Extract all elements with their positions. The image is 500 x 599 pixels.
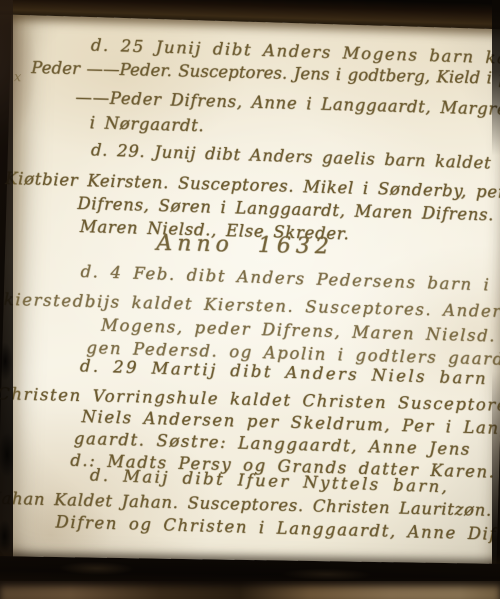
photographed-register-page: d. 25 Junij dibt Anders Mogens barn kald… <box>0 0 500 599</box>
book-binding-left-edge <box>0 0 13 583</box>
handwriting-layer: d. 25 Junij dibt Anders Mogens barn kald… <box>0 4 500 584</box>
year-heading: Anno 1632 <box>156 233 334 259</box>
manuscript-page: d. 25 Junij dibt Anders Mogens barn kald… <box>0 4 500 584</box>
ink-mark: x <box>14 70 22 85</box>
book-binding-right-edge <box>492 0 500 599</box>
manuscript-line: d. 29. Junij dibt Anders gaelis barn kal… <box>91 139 492 174</box>
manuscript-line: i Nørgaardt. <box>89 112 204 137</box>
table-surface <box>0 581 500 599</box>
